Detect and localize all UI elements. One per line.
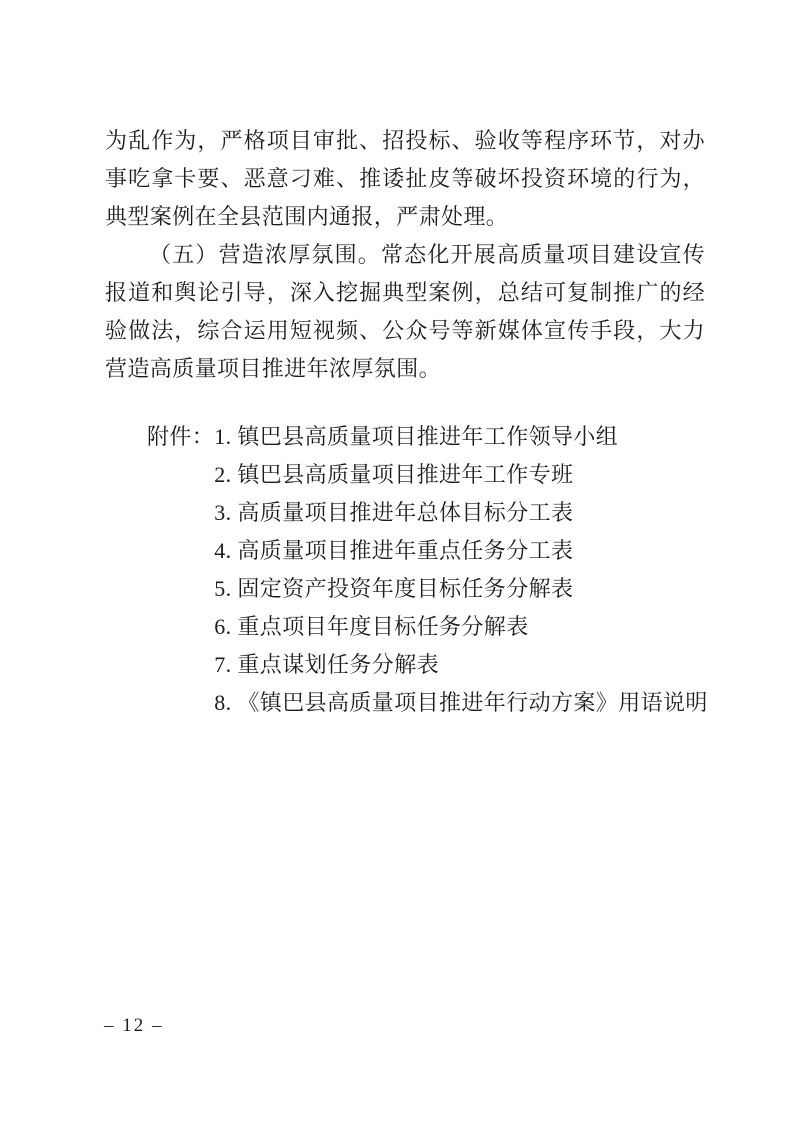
- attachment-item-8: 8. 《镇巴县高质量项目推进年行动方案》用语说明: [214, 684, 708, 722]
- attachment-item-3: 3. 高质量项目推进年总体目标分工表: [214, 494, 708, 532]
- attachment-item-4: 4. 高质量项目推进年重点任务分工表: [214, 532, 708, 570]
- attachment-label: 附件：: [147, 418, 214, 456]
- body-paragraph-section-5: （五）营造浓厚氛围。常态化开展高质量项目建设宣传报道和舆论引导，深入挖掘典型案例…: [105, 236, 705, 388]
- attachment-list: 附件： 1. 镇巴县高质量项目推进年工作领导小组 2. 镇巴县高质量项目推进年工…: [105, 418, 705, 722]
- page-number: – 12 –: [104, 1015, 164, 1037]
- attachment-item-1: 1. 镇巴县高质量项目推进年工作领导小组: [214, 418, 708, 456]
- attachment-item-5: 5. 固定资产投资年度目标任务分解表: [214, 570, 708, 608]
- attachment-item-6: 6. 重点项目年度目标任务分解表: [214, 608, 708, 646]
- document-body: 为乱作为，严格项目审批、招投标、验收等程序环节，对办事吃拿卡要、恶意刁难、推诿扯…: [105, 122, 705, 722]
- attachment-item-2: 2. 镇巴县高质量项目推进年工作专班: [214, 456, 708, 494]
- body-paragraph-continuation: 为乱作为，严格项目审批、招投标、验收等程序环节，对办事吃拿卡要、恶意刁难、推诿扯…: [105, 122, 705, 236]
- attachment-item-7: 7. 重点谋划任务分解表: [214, 646, 708, 684]
- attachment-items: 1. 镇巴县高质量项目推进年工作领导小组 2. 镇巴县高质量项目推进年工作专班 …: [214, 418, 708, 722]
- document-page: 为乱作为，严格项目审批、招投标、验收等程序环节，对办事吃拿卡要、恶意刁难、推诿扯…: [0, 0, 793, 1122]
